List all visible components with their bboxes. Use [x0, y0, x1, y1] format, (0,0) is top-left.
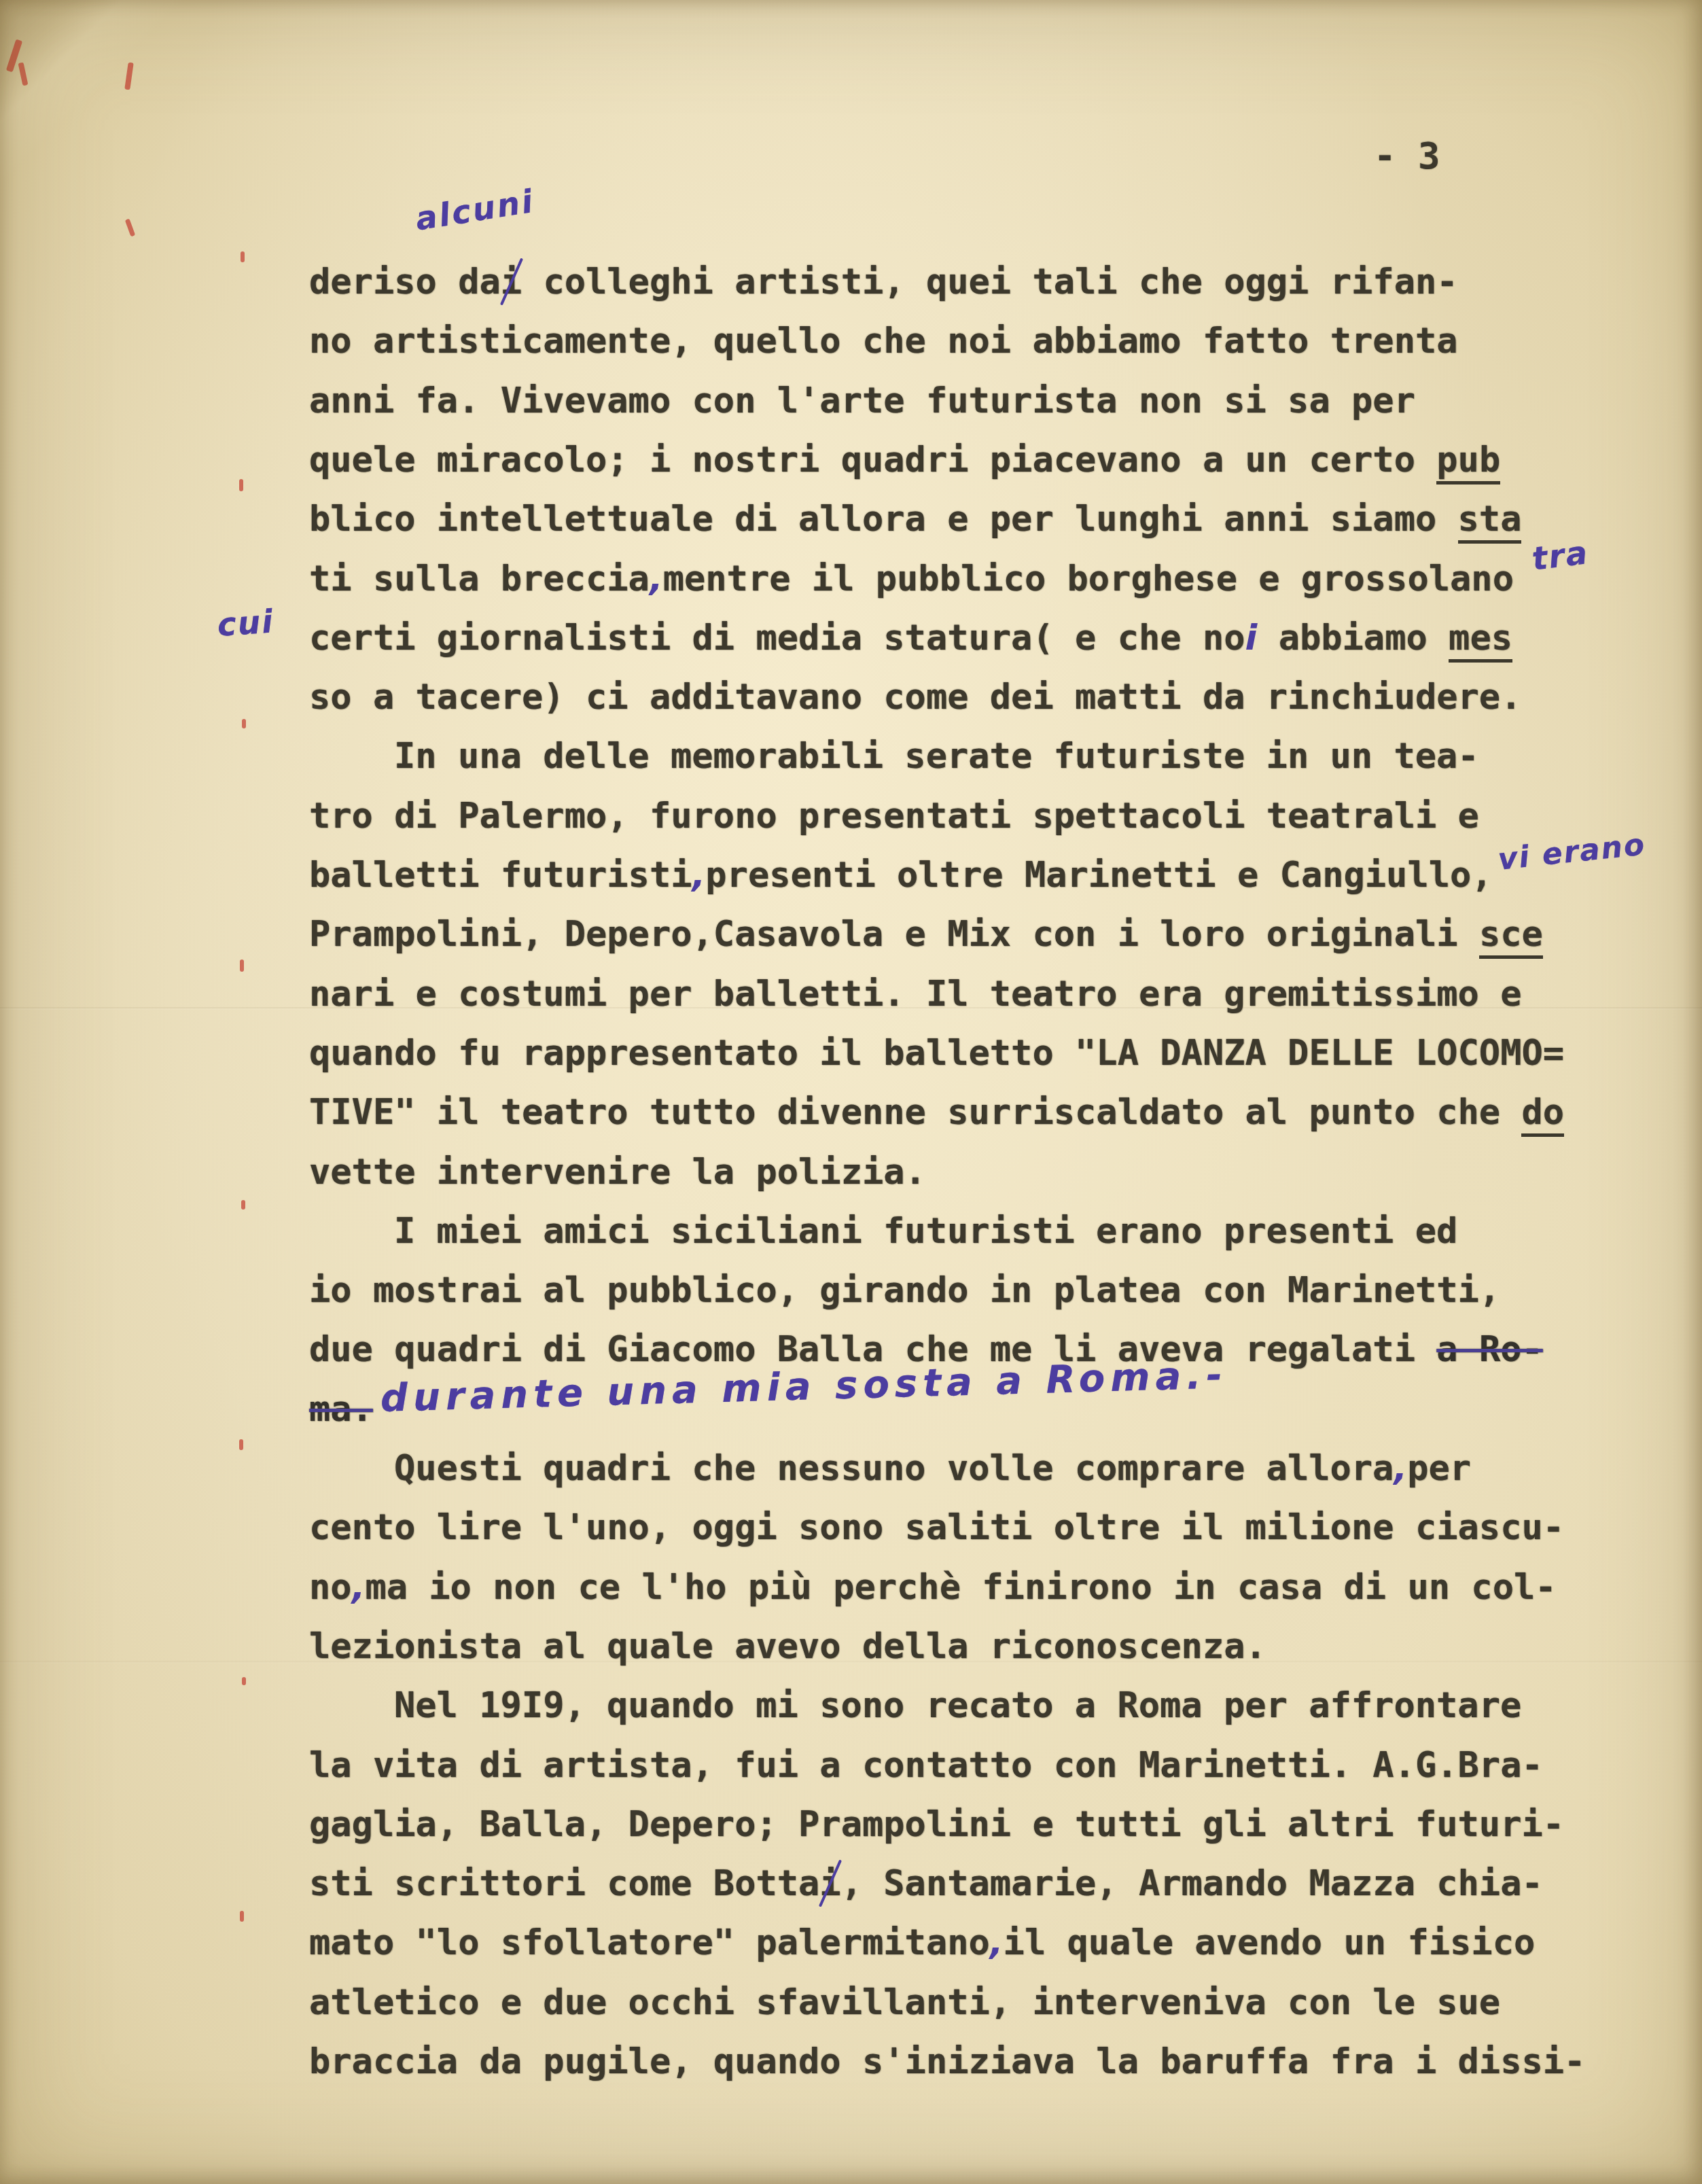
page-number: - 3: [1374, 135, 1440, 177]
typed-line: anni fa. Vivevamo con l'arte futurista n…: [309, 381, 1415, 421]
typed-segment: blico intellettuale di allora e per lung…: [309, 499, 1458, 540]
red-scan-mark: [242, 1677, 246, 1685]
typed-segment: In una delle memorabili serate futuriste…: [394, 736, 1479, 777]
typed-segment: gaglia, Balla, Depero; Prampolini e tutt…: [309, 1804, 1564, 1845]
typed-segment: mentre il pubblico borghese e grossolano: [663, 559, 1514, 599]
typed-line: ti sulla breccia,mentre il pubblico borg…: [309, 559, 1514, 599]
typed-segment: , Santamarie, Armando Mazza chia-: [841, 1863, 1543, 1904]
typed-segment: no artisticamente, quello che noi abbiam…: [309, 321, 1458, 362]
typed-line: ma.: [309, 1389, 373, 1430]
page-corner-fold: [0, 0, 204, 204]
typed-line: nari e costumi per balletti. Il teatro e…: [309, 974, 1521, 1015]
red-scan-mark: [18, 63, 29, 86]
typed-segment: anni fa. Vivevamo con l'arte futurista n…: [309, 381, 1415, 421]
typed-segment: no: [309, 1567, 352, 1608]
typed-line: vette intervenire la polizia.: [309, 1152, 926, 1193]
typed-segment: abbiamo: [1257, 618, 1449, 658]
typed-line: Nel 19I9, quando mi sono recato a Roma p…: [309, 1685, 1521, 1726]
typed-segment: deriso da: [309, 262, 501, 302]
typed-segment-hw: ,: [1394, 1448, 1407, 1489]
manuscript-page: - 3 deriso dai colleghi artisti, quei ta…: [0, 0, 1702, 2184]
red-scan-mark: [241, 251, 245, 262]
typed-segment: mato "lo sfollatore" palermitano: [309, 1922, 990, 1963]
typed-segment-u: mes: [1449, 618, 1512, 663]
red-scan-mark: [241, 1200, 245, 1210]
typed-segment: il quale avendo un fisico: [1004, 1922, 1536, 1963]
typed-segment-sl: i: [501, 262, 522, 302]
red-scan-mark: [6, 39, 22, 73]
red-scan-mark: [242, 719, 246, 728]
typed-line: quele miracolo; i nostri quadri piacevan…: [309, 440, 1500, 480]
typed-segment: certi giornalisti di media statura( e ch…: [309, 618, 1245, 658]
typed-line: deriso dai colleghi artisti, quei tali c…: [309, 262, 1458, 302]
typed-segment-sl: i: [819, 1863, 840, 1904]
typed-line: Questi quadri che nessuno volle comprare…: [309, 1448, 1471, 1489]
typed-line: TIVE" il teatro tutto divenne surriscald…: [309, 1092, 1564, 1133]
typed-line: no,ma io non ce l'ho più perchè finirono…: [309, 1567, 1557, 1608]
typed-segment-hw: ,: [352, 1567, 366, 1608]
red-scan-mark: [239, 1439, 243, 1450]
typed-segment: ma io non ce l'ho più perchè finirono in…: [365, 1567, 1556, 1608]
typed-segment: ti sulla breccia: [309, 559, 650, 599]
typed-segment: Nel 19I9, quando mi sono recato a Roma p…: [394, 1685, 1521, 1726]
typed-segment: balletti futuristi: [309, 855, 692, 896]
handwritten-annotation-vi-erano: vi erano: [1496, 827, 1647, 877]
typed-line: io mostrai al pubblico, girando in plate…: [309, 1270, 1500, 1311]
typed-segment: Prampolini, Depero,Casavola e Mix con i …: [309, 914, 1479, 955]
typed-segment: so a tacere) ci additavano come dei matt…: [309, 677, 1521, 718]
typed-segment: la vita di artista, fui a contatto con M…: [309, 1745, 1543, 1786]
red-scan-mark: [240, 1911, 244, 1922]
typed-segment-hw: ,: [990, 1922, 1004, 1963]
typed-line: certi giornalisti di media statura( e ch…: [309, 618, 1512, 658]
typed-line: blico intellettuale di allora e per lung…: [309, 499, 1521, 540]
typed-segment: presenti oltre Marinetti e Cangiullo,: [705, 855, 1492, 896]
red-scan-mark: [125, 219, 135, 237]
typed-segment: TIVE" il teatro tutto divenne surriscald…: [309, 1092, 1521, 1133]
typed-line: Prampolini, Depero,Casavola e Mix con i …: [309, 914, 1543, 955]
typed-line: cento lire l'uno, oggi sono saliti oltre…: [309, 1507, 1564, 1548]
typed-segment: I miei amici siciliani futuristi erano p…: [394, 1211, 1457, 1252]
typed-segment-hw: ,: [692, 855, 706, 896]
typed-segment: sti scrittori come Botta: [309, 1863, 819, 1904]
typed-segment: lezionista al quale avevo della riconosc…: [309, 1626, 1266, 1667]
typed-segment: atletico e due occhi sfavillanti, interv…: [309, 1982, 1500, 2023]
typed-line: balletti futuristi,presenti oltre Marine…: [309, 855, 1493, 896]
red-scan-mark: [239, 479, 243, 491]
typed-line: braccia da pugile, quando s'iniziava la …: [309, 2041, 1585, 2082]
typed-segment-st: a Ro-: [1436, 1329, 1543, 1370]
typed-segment: vette intervenire la polizia.: [309, 1152, 926, 1193]
handwritten-annotation-cui: cui: [216, 603, 275, 644]
typed-line: la vita di artista, fui a contatto con M…: [309, 1745, 1543, 1786]
typed-segment: tro di Palermo, furono presentati spetta…: [309, 796, 1479, 836]
typed-line: tro di Palermo, furono presentati spetta…: [309, 796, 1479, 836]
typed-segment: cento lire l'uno, oggi sono saliti oltre…: [309, 1507, 1564, 1548]
typed-segment: braccia da pugile, quando s'iniziava la …: [309, 2041, 1585, 2082]
typed-line: so a tacere) ci additavano come dei matt…: [309, 677, 1521, 718]
red-scan-mark: [240, 959, 244, 972]
typed-segment-u: sta: [1458, 499, 1522, 544]
typed-line: In una delle memorabili serate futuriste…: [309, 736, 1479, 777]
typed-segment: nari e costumi per balletti. Il teatro e…: [309, 974, 1521, 1015]
typed-line: mato "lo sfollatore" palermitano,il qual…: [309, 1922, 1535, 1963]
typed-segment: quele miracolo; i nostri quadri piacevan…: [309, 440, 1436, 480]
typed-segment: io mostrai al pubblico, girando in plate…: [309, 1270, 1500, 1311]
typed-segment: per: [1407, 1448, 1471, 1489]
typed-line: sti scrittori come Bottai, Santamarie, A…: [309, 1863, 1543, 1904]
handwritten-annotation-alcuni: alcuni: [413, 183, 537, 239]
typed-segment: Questi quadri che nessuno volle comprare…: [394, 1448, 1394, 1489]
red-scan-mark: [124, 63, 133, 90]
handwritten-annotation-tra: tra: [1530, 534, 1591, 578]
typed-line: I miei amici siciliani futuristi erano p…: [309, 1211, 1457, 1252]
typed-segment-u: do: [1521, 1092, 1564, 1137]
typed-line: gaglia, Balla, Depero; Prampolini e tutt…: [309, 1804, 1564, 1845]
typed-line: lezionista al quale avevo della riconosc…: [309, 1626, 1266, 1667]
typed-line: quando fu rappresentato il balletto "LA …: [309, 1033, 1564, 1074]
typed-segment-hw: ,: [650, 559, 663, 599]
typed-line: no artisticamente, quello che noi abbiam…: [309, 321, 1458, 362]
typed-line: atletico e due occhi sfavillanti, interv…: [309, 1982, 1500, 2023]
typed-segment: colleghi artisti, quei tali che oggi rif…: [522, 262, 1458, 302]
typed-segment: quando fu rappresentato il balletto "LA …: [309, 1033, 1564, 1074]
typed-segment-u: sce: [1479, 914, 1543, 959]
typed-segment-st: ma.: [309, 1389, 373, 1430]
typed-segment-u: pub: [1436, 440, 1500, 485]
typed-segment-hw: i: [1245, 618, 1258, 658]
